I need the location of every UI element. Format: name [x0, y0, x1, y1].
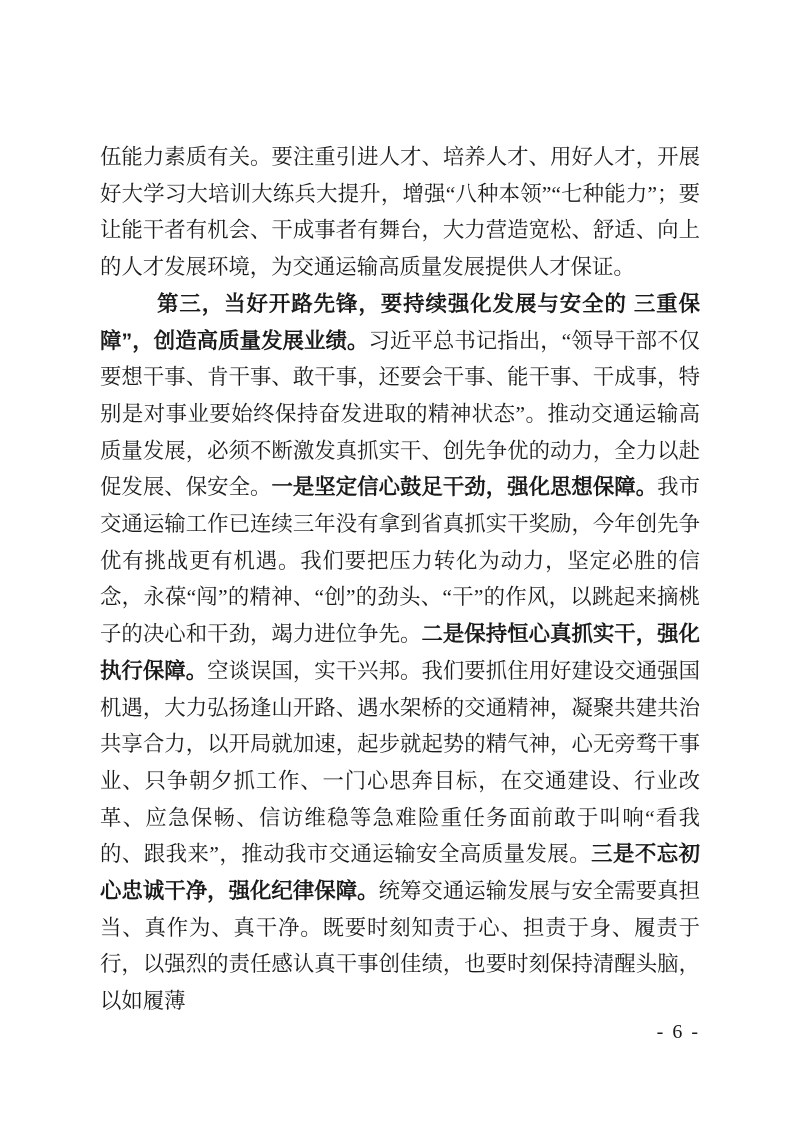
text-segment-bold-kai: 一是坚定信心鼓足干劲，强化思想保障。 — [271, 475, 657, 499]
document-body: 伍能力素质有关。要注重引进人才、培养人才、用好人才，开展好大学习大培训大练兵大提… — [100, 139, 700, 1020]
document-page: 伍能力素质有关。要注重引进人才、培养人才、用好人才，开展好大学习大培训大练兵大提… — [0, 0, 793, 1122]
text-segment-regular: 空谈误国，实干兴邦。我们要抓住用好建设交通强国机遇，大力弘扬逢山开路、遇水架桥的… — [100, 659, 700, 867]
text-segment-regular: 习近平总书记指出，“领导干部不仅要想干事、肯干事、敢干事，还要会干事、能干事、干… — [100, 329, 700, 500]
paragraph: 第三，当好开路先锋，要持续强化发展与安全的 三重保障”，创造高质量发展业绩。习近… — [100, 286, 700, 1020]
page-number: - 6 - — [100, 1018, 700, 1046]
text-segment-regular: 伍能力素质有关。要注重引进人才、培养人才、用好人才，开展好大学习大培训大练兵大提… — [100, 145, 700, 279]
text-segment-regular: 我市交通运输工作已连续三年没有拿到省真抓实干奖励，今年创先争优有挑战更有机遇。我… — [100, 475, 700, 646]
paragraph: 伍能力素质有关。要注重引进人才、培养人才、用好人才，开展好大学习大培训大练兵大提… — [100, 139, 700, 286]
